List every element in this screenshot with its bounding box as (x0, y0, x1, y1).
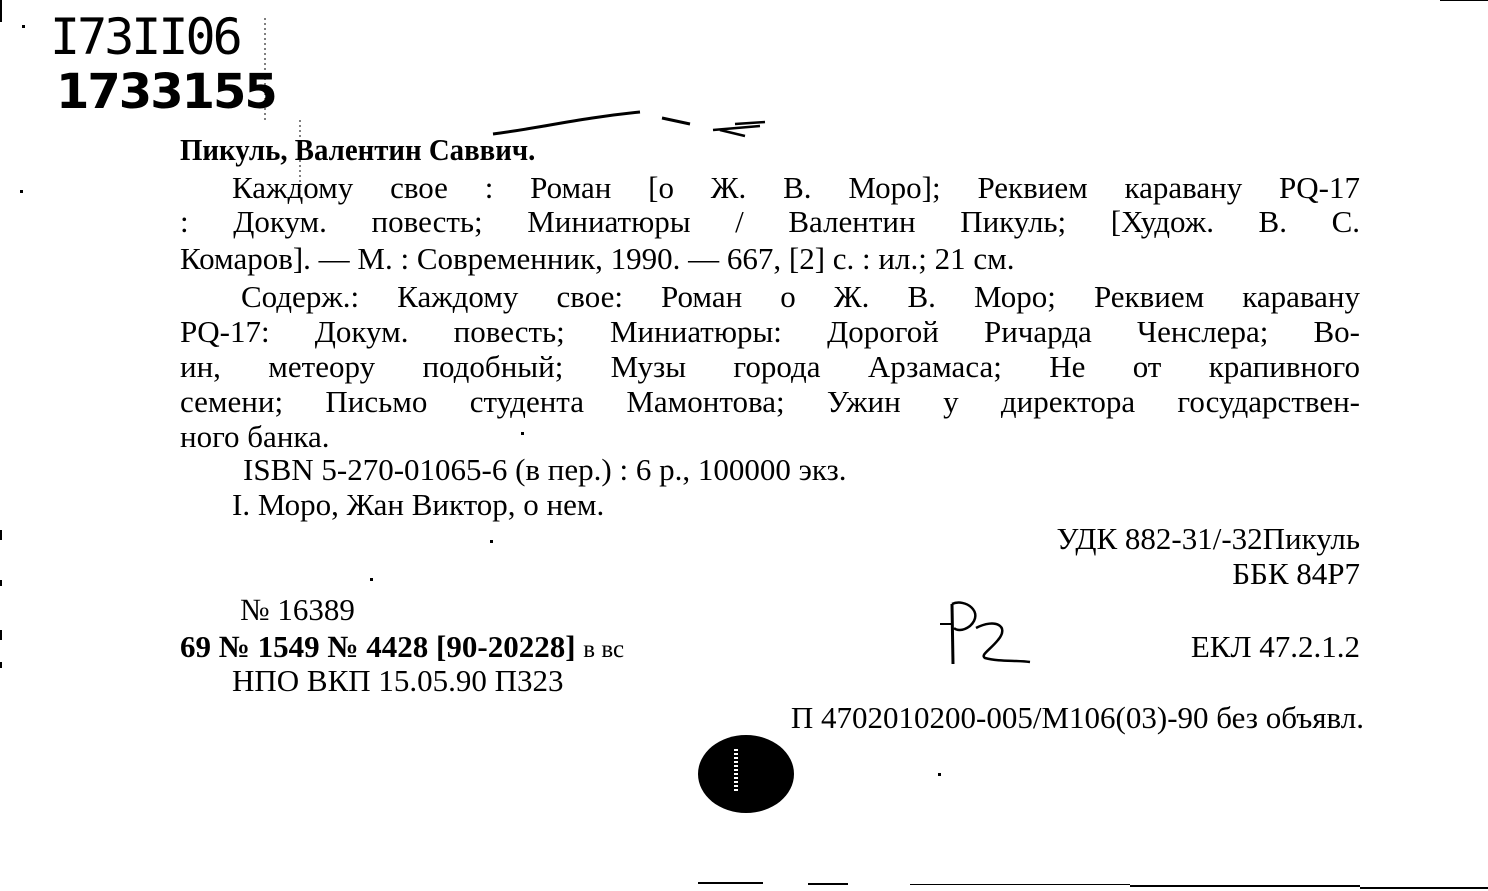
scan-speck (490, 540, 493, 543)
edge-mark (0, 630, 2, 640)
scan-speck (521, 432, 524, 435)
edge-mark (0, 0, 2, 22)
scan-speck (370, 578, 373, 581)
scribble-icon (493, 112, 640, 134)
scan-speck (20, 190, 23, 193)
scan-speck (938, 773, 941, 776)
bottom-edge-rule (1130, 885, 1360, 887)
bottom-edge-rule (808, 883, 848, 885)
scan-speck (22, 25, 25, 28)
library-catalog-card: I73II06 1733155 Пикуль, Валентин Саввич.… (0, 0, 1488, 891)
bottom-edge-rule (698, 882, 763, 884)
punch-hole (698, 735, 794, 813)
bottom-edge-rule (910, 884, 1130, 885)
bottom-edge-rule (1360, 887, 1488, 889)
handwritten-p2-icon (940, 603, 1030, 664)
edge-mark (0, 662, 2, 668)
edge-mark (0, 530, 2, 540)
edge-mark (0, 580, 2, 586)
top-edge-rule (1440, 0, 1488, 1)
